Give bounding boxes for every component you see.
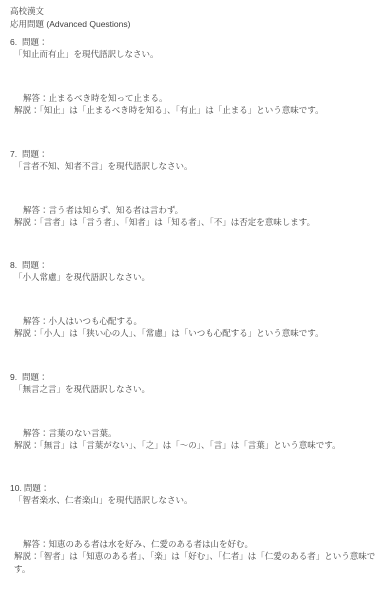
explanation-text: 「言者」は「言う者」、「知者」は「知る者」、「不」は否定を意味します。	[40, 217, 316, 227]
explanation-line: 解説：「無言」は「言葉がない」、「之」は「～の」、「言」は「言葉」という意味です…	[14, 439, 382, 452]
question-prompt: 「無言之言」を現代語訳しなさい。	[14, 383, 382, 395]
explanation-label: 解説：	[14, 328, 40, 338]
answer-line: 解答：言う者は知らず、知る者は言わず。	[23, 204, 382, 216]
question-heading: 10.問題：	[10, 482, 382, 494]
question-prompt: 「知止而有止」を現代語訳しなさい。	[14, 48, 382, 60]
question-number: 10.	[10, 482, 22, 494]
question-prompt: 「言者不知、知者不言」を現代語訳しなさい。	[14, 160, 382, 172]
explanation-label: 解説：	[14, 217, 40, 227]
answer-line: 解答：知恵のある者は水を好み、仁愛のある者は山を好む。	[23, 538, 382, 550]
answer-text: 小人はいつも心配する。	[49, 316, 143, 326]
question-number: 7.	[10, 148, 20, 160]
question-label: 問題：	[22, 37, 48, 47]
explanation-line: 解説：「言者」は「言う者」、「知者」は「知る者」、「不」は否定を意味します。	[14, 216, 382, 229]
question-block-10: 10.問題： 「智者楽水、仁者楽山」を現代語訳しなさい。 解答：知恵のある者は水…	[10, 482, 382, 575]
question-block-6: 6.問題： 「知止而有止」を現代語訳しなさい。 解答：止まるべき時を知って止まる…	[10, 36, 382, 117]
document-page: 高校漢文 応用問題 (Advanced Questions) 6.問題： 「知止…	[0, 0, 390, 575]
explanation-text: 「無言」は「言葉がない」、「之」は「～の」、「言」は「言葉」という意味です。	[40, 440, 341, 450]
question-heading: 9.問題：	[10, 371, 382, 383]
question-number: 6.	[10, 36, 20, 48]
question-label: 問題：	[22, 372, 48, 382]
explanation-line: 解説：「知止」は「止まるべき時を知る」、「有止」は「止まる」という意味です。	[14, 104, 382, 117]
question-block-8: 8.問題： 「小人常慮」を現代語訳しなさい。 解答：小人はいつも心配する。 解説…	[10, 259, 382, 340]
answer-label: 解答：	[23, 428, 49, 438]
answer-text: 知恵のある者は水を好み、仁愛のある者は山を好む。	[49, 539, 254, 549]
answer-label: 解答：	[23, 93, 49, 103]
answer-text: 止まるべき時を知って止まる。	[49, 93, 168, 103]
page-title: 高校漢文	[10, 5, 382, 18]
question-prompt: 「小人常慮」を現代語訳しなさい。	[14, 271, 382, 283]
question-block-7: 7.問題： 「言者不知、知者不言」を現代語訳しなさい。 解答：言う者は知らず、知…	[10, 148, 382, 229]
explanation-text: 「智者」は「知恵のある者」、「楽」は「好む」、「仁者」は「仁愛のある者」という意…	[14, 551, 375, 574]
answer-line: 解答：言葉のない言葉。	[23, 427, 382, 439]
explanation-label: 解説：	[14, 551, 40, 561]
explanation-label: 解説：	[14, 105, 40, 115]
question-label: 問題：	[24, 483, 50, 493]
answer-line: 解答：小人はいつも心配する。	[23, 315, 382, 327]
answer-line: 解答：止まるべき時を知って止まる。	[23, 92, 382, 104]
question-label: 問題：	[22, 260, 48, 270]
answer-label: 解答：	[23, 539, 49, 549]
page-subtitle: 応用問題 (Advanced Questions)	[10, 18, 382, 31]
explanation-label: 解説：	[14, 440, 40, 450]
explanation-line: 解説：「智者」は「知恵のある者」、「楽」は「好む」、「仁者」は「仁愛のある者」と…	[14, 550, 382, 575]
answer-text: 言葉のない言葉。	[49, 428, 117, 438]
answer-label: 解答：	[23, 205, 49, 215]
question-number: 9.	[10, 371, 20, 383]
explanation-text: 「小人」は「狭い心の人」、「常慮」は「いつも心配する」という意味です。	[40, 328, 324, 338]
explanation-text: 「知止」は「止まるべき時を知る」、「有止」は「止まる」という意味です。	[40, 105, 324, 115]
question-label: 問題：	[22, 149, 48, 159]
answer-text: 言う者は知らず、知る者は言わず。	[49, 205, 184, 215]
question-heading: 8.問題：	[10, 259, 382, 271]
question-heading: 6.問題：	[10, 36, 382, 48]
question-block-9: 9.問題： 「無言之言」を現代語訳しなさい。 解答：言葉のない言葉。 解説：「無…	[10, 371, 382, 452]
answer-label: 解答：	[23, 316, 49, 326]
explanation-line: 解説：「小人」は「狭い心の人」、「常慮」は「いつも心配する」という意味です。	[14, 327, 382, 340]
question-prompt: 「智者楽水、仁者楽山」を現代語訳しなさい。	[14, 494, 382, 506]
question-heading: 7.問題：	[10, 148, 382, 160]
question-number: 8.	[10, 259, 20, 271]
